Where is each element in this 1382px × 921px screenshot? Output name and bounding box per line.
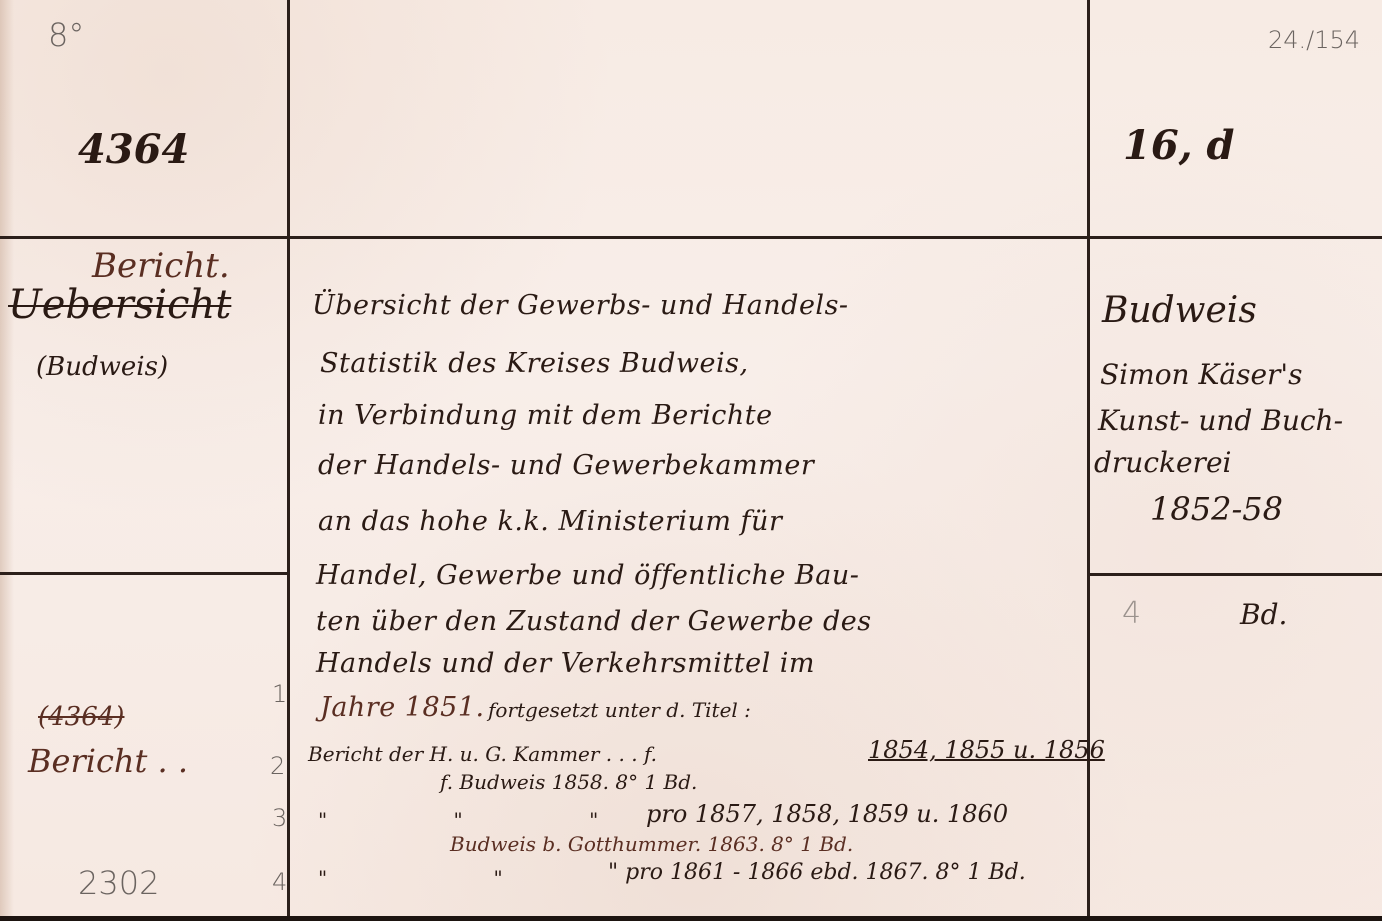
bericht-label: Bericht . . xyxy=(28,742,188,780)
shelf-signature: 16, d xyxy=(1123,122,1234,169)
line-number: 4 xyxy=(272,868,287,896)
title-correction: Bericht. xyxy=(92,246,230,286)
archive-reference: 24./154 xyxy=(1268,26,1360,54)
subtitle-place: (Budweis) xyxy=(36,352,168,382)
format-mark: 8° xyxy=(48,16,84,54)
main-text-line: Übersicht der Gewerbs- und Handels- xyxy=(312,290,849,321)
line-number: 3 xyxy=(272,804,287,832)
publisher-line: Simon Käser's xyxy=(1100,358,1302,391)
volume-note: Bd. xyxy=(1240,598,1287,631)
entry-text: Bericht der H. u. G. Kammer . . . f. xyxy=(308,742,657,766)
entry-text: f. Budweis 1858. 8° 1 Bd. xyxy=(440,770,697,794)
pencil-volume-count: 4 xyxy=(1122,596,1141,631)
line-number: 2 xyxy=(270,752,285,780)
main-text-line: an das hohe k.k. Ministerium für xyxy=(318,506,782,537)
main-text-line: Handels und der Verkehrsmittel im xyxy=(316,648,815,679)
line-number: 1 xyxy=(272,680,287,708)
main-text-line: Statistik des Kreises Budweis, xyxy=(320,348,749,379)
pencil-number: 2302 xyxy=(78,864,159,902)
paper-edge-shadow xyxy=(0,0,14,916)
rule-vertical-right xyxy=(1087,0,1090,916)
index-card: 8° 4364 24./154 16, d Bericht. Uebersich… xyxy=(0,0,1382,916)
struck-number: (4364) xyxy=(38,702,124,732)
publisher-line: Kunst- und Buch- xyxy=(1098,404,1343,437)
rule-horizontal-left-lower xyxy=(0,572,288,575)
main-text-line: der Handels- und Gewerbekammer xyxy=(318,450,814,481)
publication-place: Budweis xyxy=(1102,290,1257,331)
entry-ditto: " " " xyxy=(318,808,658,832)
main-text-line: in Verbindung mit dem Berichte xyxy=(318,400,773,431)
entry-text: Budweis b. Gotthummer. 1863. 8° 1 Bd. xyxy=(450,832,853,856)
publication-years: 1852-58 xyxy=(1150,490,1283,528)
main-text-line: ten über den Zustand der Gewerbe des xyxy=(316,606,872,637)
entry-ditto: " " xyxy=(318,866,583,890)
main-text-line: Jahre 1851. xyxy=(320,692,485,723)
rule-horizontal-top xyxy=(0,236,1382,239)
rule-horizontal-right-lower xyxy=(1088,573,1382,576)
continuation-note: fortgesetzt unter d. Titel : xyxy=(488,698,751,722)
title-struck: Uebersicht xyxy=(8,282,231,328)
catalog-number: 4364 xyxy=(78,126,189,173)
rule-vertical-left xyxy=(287,0,290,916)
scan-edge xyxy=(0,916,1382,921)
publisher-line: druckerei xyxy=(1094,446,1231,479)
main-text-line: Handel, Gewerbe und öffentliche Bau- xyxy=(316,560,859,591)
entry-years: 1854, 1855 u. 1856 xyxy=(868,736,1105,764)
entry-text: pro 1857, 1858, 1859 u. 1860 xyxy=(646,800,1008,828)
entry-text: " pro 1861 - 1866 ebd. 1867. 8° 1 Bd. xyxy=(608,860,1026,885)
